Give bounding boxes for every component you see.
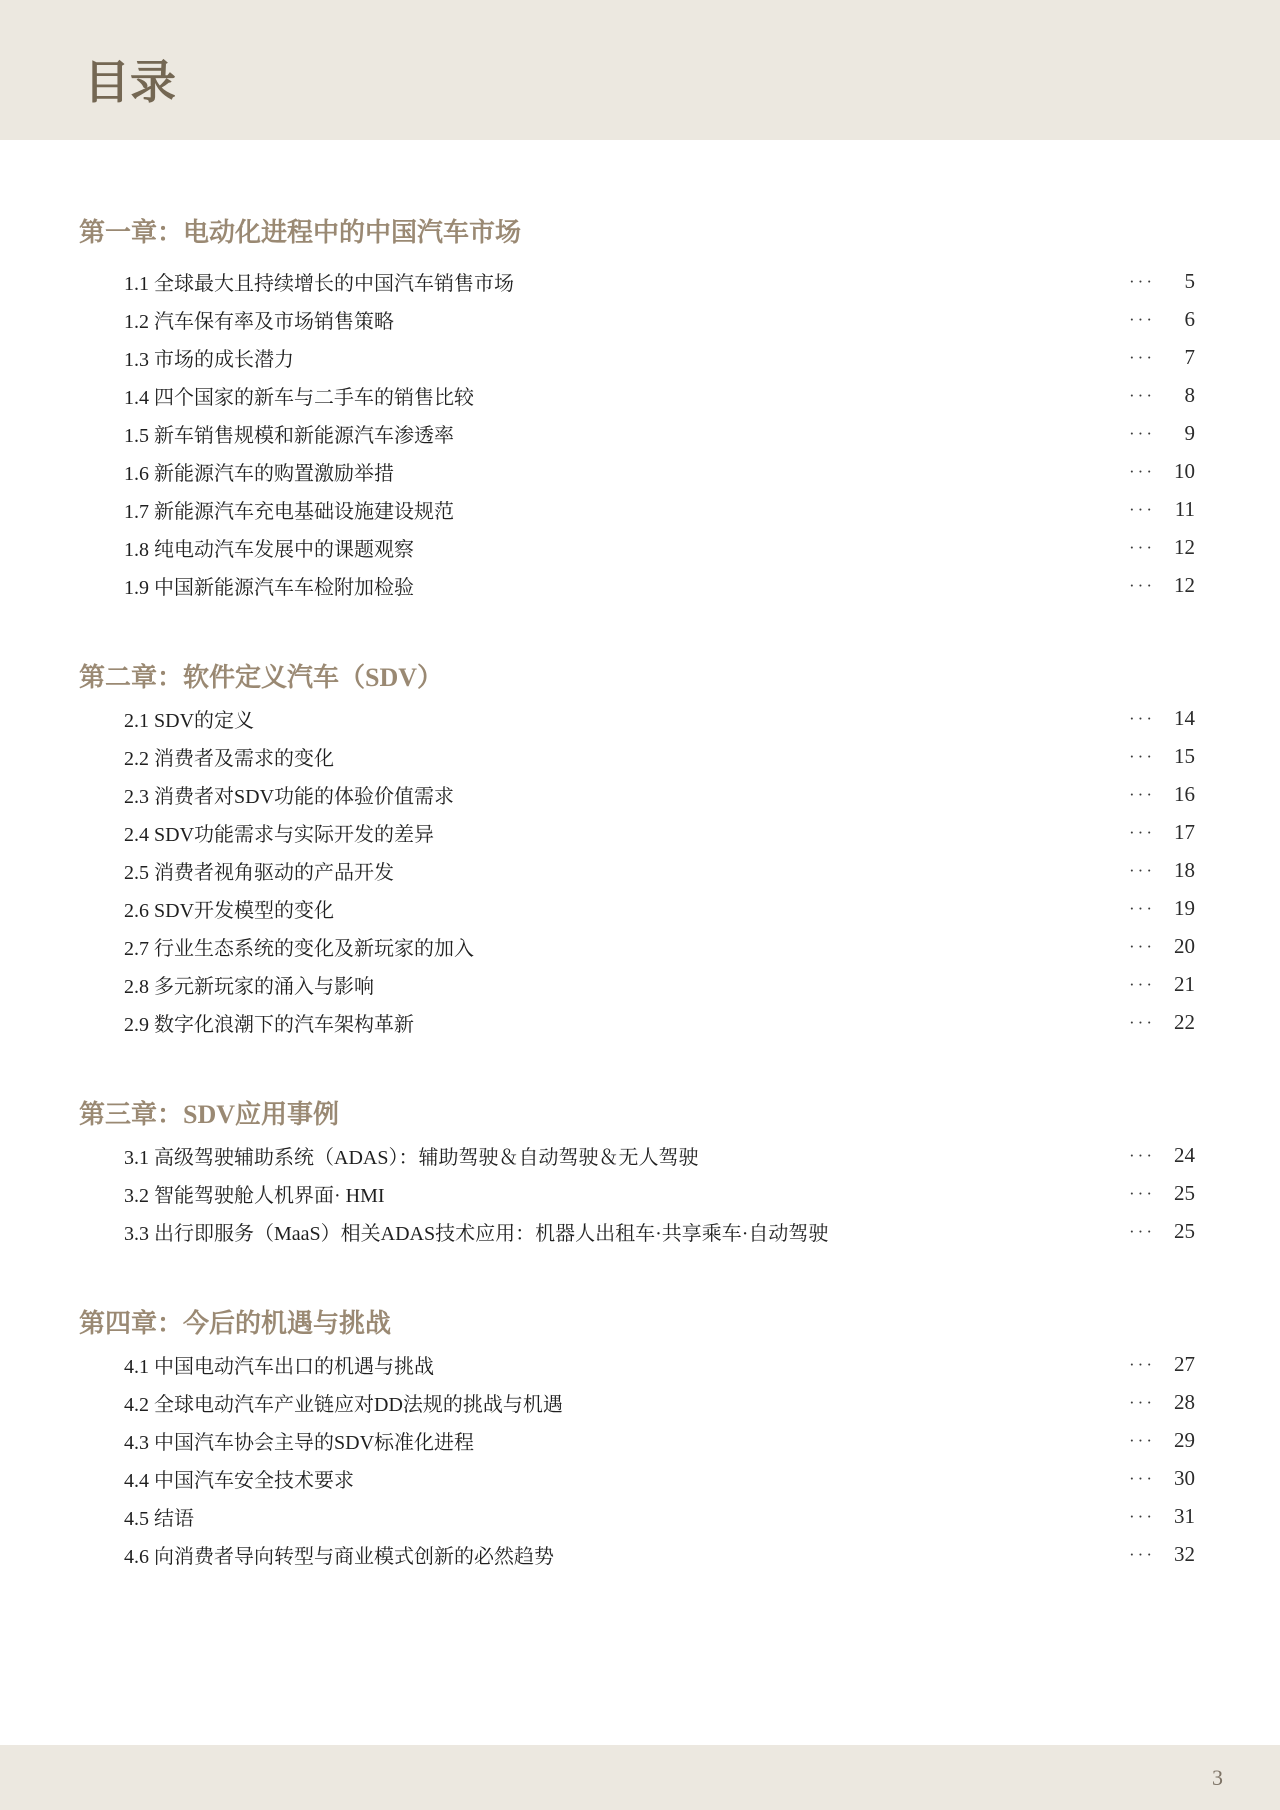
toc-entry-title: 4.6 向消费者导向转型与商业模式创新的必然趋势 bbox=[124, 1540, 554, 1569]
toc-entry-title: 2.4 SDV功能需求与实际开发的差异 bbox=[124, 818, 434, 847]
toc-entry[interactable]: 2.5 消费者视角驱动的产品开发···18 bbox=[79, 851, 1195, 889]
dot-leader: ··· bbox=[1109, 938, 1155, 955]
toc-entry-title: 1.3 市场的成长潜力 bbox=[124, 343, 294, 372]
chapter-heading: 第一章：电动化进程中的中国汽车市场 bbox=[79, 216, 1195, 250]
toc-entry[interactable]: 1.5 新车销售规模和新能源汽车渗透率···9 bbox=[79, 414, 1195, 452]
toc-entry[interactable]: 4.3 中国汽车协会主导的SDV标准化进程···29 bbox=[79, 1421, 1195, 1459]
dot-leader: ··· bbox=[1109, 1356, 1155, 1373]
toc-section: 第三章：SDV应用事例3.1 高级驾驶辅助系统（ADAS）：辅助驾驶＆自动驾驶＆… bbox=[79, 1098, 1195, 1250]
dot-leader: ··· bbox=[1109, 786, 1155, 803]
toc-entry-title: 3.3 出行即服务（MaaS）相关ADAS技术应用：机器人出租车·共享乘车·自动… bbox=[124, 1217, 828, 1246]
toc-entry-page: 32 bbox=[1155, 1542, 1195, 1567]
toc-entry-title: 3.2 智能驾驶舱人机界面· HMI bbox=[124, 1179, 385, 1208]
toc-entry-title: 1.8 纯电动汽车发展中的课题观察 bbox=[124, 533, 414, 562]
toc-list: 4.1 中国电动汽车出口的机遇与挑战···274.2 全球电动汽车产业链应对DD… bbox=[79, 1345, 1195, 1573]
dot-leader: ··· bbox=[1109, 273, 1155, 290]
toc-entry-title: 2.2 消费者及需求的变化 bbox=[124, 742, 334, 771]
dot-leader: ··· bbox=[1109, 1470, 1155, 1487]
toc-entry-page: 14 bbox=[1155, 706, 1195, 731]
dot-leader: ··· bbox=[1109, 577, 1155, 594]
toc-entry-page: 11 bbox=[1155, 497, 1195, 522]
toc-entry[interactable]: 2.8 多元新玩家的涌入与影响···21 bbox=[79, 965, 1195, 1003]
toc-entry-page: 25 bbox=[1155, 1181, 1195, 1206]
toc-entry-page: 16 bbox=[1155, 782, 1195, 807]
toc-entry[interactable]: 2.6 SDV开发模型的变化···19 bbox=[79, 889, 1195, 927]
toc-entry[interactable]: 4.1 中国电动汽车出口的机遇与挑战···27 bbox=[79, 1345, 1195, 1383]
dot-leader: ··· bbox=[1109, 387, 1155, 404]
toc-entry-title: 2.8 多元新玩家的涌入与影响 bbox=[124, 970, 374, 999]
toc-entry[interactable]: 1.9 中国新能源汽车车检附加检验···12 bbox=[79, 566, 1195, 604]
toc-entry-page: 21 bbox=[1155, 972, 1195, 997]
toc-entry[interactable]: 4.6 向消费者导向转型与商业模式创新的必然趋势···32 bbox=[79, 1535, 1195, 1573]
dot-leader: ··· bbox=[1109, 463, 1155, 480]
toc-entry[interactable]: 1.1 全球最大且持续增长的中国汽车销售市场···5 bbox=[79, 262, 1195, 300]
toc-entry-page: 30 bbox=[1155, 1466, 1195, 1491]
toc-entry[interactable]: 2.2 消费者及需求的变化···15 bbox=[79, 737, 1195, 775]
toc-entry-page: 31 bbox=[1155, 1504, 1195, 1529]
toc-entry[interactable]: 2.7 行业生态系统的变化及新玩家的加入···20 bbox=[79, 927, 1195, 965]
dot-leader: ··· bbox=[1109, 976, 1155, 993]
toc-entry-title: 1.6 新能源汽车的购置激励举措 bbox=[124, 457, 394, 486]
toc-entry-page: 20 bbox=[1155, 934, 1195, 959]
dot-leader: ··· bbox=[1109, 349, 1155, 366]
toc-entry-page: 28 bbox=[1155, 1390, 1195, 1415]
toc-entry-page: 17 bbox=[1155, 820, 1195, 845]
footer-band: 3 bbox=[0, 1745, 1280, 1810]
toc-entry-page: 25 bbox=[1155, 1219, 1195, 1244]
toc-entry-title: 3.1 高级驾驶辅助系统（ADAS）：辅助驾驶＆自动驾驶＆无人驾驶 bbox=[124, 1141, 698, 1170]
toc-entry[interactable]: 1.8 纯电动汽车发展中的课题观察···12 bbox=[79, 528, 1195, 566]
toc-entry[interactable]: 2.9 数字化浪潮下的汽车架构革新···22 bbox=[79, 1003, 1195, 1041]
toc-entry[interactable]: 1.2 汽车保有率及市场销售策略···6 bbox=[79, 300, 1195, 338]
toc-entry-page: 27 bbox=[1155, 1352, 1195, 1377]
dot-leader: ··· bbox=[1109, 1432, 1155, 1449]
toc-entry-page: 22 bbox=[1155, 1010, 1195, 1035]
toc-entry[interactable]: 3.1 高级驾驶辅助系统（ADAS）：辅助驾驶＆自动驾驶＆无人驾驶···24 bbox=[79, 1136, 1195, 1174]
toc-section: 第二章：软件定义汽车（SDV）2.1 SDV的定义···142.2 消费者及需求… bbox=[79, 661, 1195, 1041]
toc-entry-page: 5 bbox=[1155, 269, 1195, 294]
toc-entry-page: 8 bbox=[1155, 383, 1195, 408]
toc-entry[interactable]: 2.1 SDV的定义···14 bbox=[79, 699, 1195, 737]
toc-list: 1.1 全球最大且持续增长的中国汽车销售市场···51.2 汽车保有率及市场销售… bbox=[79, 262, 1195, 604]
page-title: 目录 bbox=[0, 0, 1280, 109]
toc-entry-page: 15 bbox=[1155, 744, 1195, 769]
toc-entry[interactable]: 2.4 SDV功能需求与实际开发的差异···17 bbox=[79, 813, 1195, 851]
dot-leader: ··· bbox=[1109, 1394, 1155, 1411]
toc-entry-page: 9 bbox=[1155, 421, 1195, 446]
footer-page-number: 3 bbox=[0, 1745, 1280, 1810]
toc-entry[interactable]: 4.4 中国汽车安全技术要求···30 bbox=[79, 1459, 1195, 1497]
dot-leader: ··· bbox=[1109, 539, 1155, 556]
chapter-heading: 第四章：今后的机遇与挑战 bbox=[79, 1307, 1195, 1341]
toc-entry[interactable]: 2.3 消费者对SDV功能的体验价值需求···16 bbox=[79, 775, 1195, 813]
dot-leader: ··· bbox=[1109, 1508, 1155, 1525]
toc-entry-title: 1.9 中国新能源汽车车检附加检验 bbox=[124, 571, 414, 600]
dot-leader: ··· bbox=[1109, 1147, 1155, 1164]
toc-entry-title: 2.5 消费者视角驱动的产品开发 bbox=[124, 856, 394, 885]
toc-entry-page: 12 bbox=[1155, 535, 1195, 560]
toc-entry-page: 6 bbox=[1155, 307, 1195, 332]
dot-leader: ··· bbox=[1109, 311, 1155, 328]
toc-entry-page: 10 bbox=[1155, 459, 1195, 484]
toc-entry-title: 4.2 全球电动汽车产业链应对DD法规的挑战与机遇 bbox=[124, 1388, 563, 1417]
dot-leader: ··· bbox=[1109, 1185, 1155, 1202]
chapter-heading: 第三章：SDV应用事例 bbox=[79, 1098, 1195, 1132]
dot-leader: ··· bbox=[1109, 748, 1155, 765]
toc-entry-title: 2.6 SDV开发模型的变化 bbox=[124, 894, 334, 923]
toc-entry-title: 4.4 中国汽车安全技术要求 bbox=[124, 1464, 354, 1493]
dot-leader: ··· bbox=[1109, 1014, 1155, 1031]
header-band: 目录 bbox=[0, 0, 1280, 140]
dot-leader: ··· bbox=[1109, 501, 1155, 518]
dot-leader: ··· bbox=[1109, 425, 1155, 442]
toc-entry-page: 12 bbox=[1155, 573, 1195, 598]
toc-entry-page: 24 bbox=[1155, 1143, 1195, 1168]
toc-section: 第一章：电动化进程中的中国汽车市场1.1 全球最大且持续增长的中国汽车销售市场·… bbox=[79, 216, 1195, 604]
dot-leader: ··· bbox=[1109, 1223, 1155, 1240]
toc-entry[interactable]: 4.2 全球电动汽车产业链应对DD法规的挑战与机遇···28 bbox=[79, 1383, 1195, 1421]
toc-entry-title: 1.7 新能源汽车充电基础设施建设规范 bbox=[124, 495, 454, 524]
toc-entry[interactable]: 1.6 新能源汽车的购置激励举措···10 bbox=[79, 452, 1195, 490]
toc-entry[interactable]: 4.5 结语···31 bbox=[79, 1497, 1195, 1535]
toc-entry-title: 2.1 SDV的定义 bbox=[124, 704, 254, 733]
toc-entry-page: 18 bbox=[1155, 858, 1195, 883]
dot-leader: ··· bbox=[1109, 710, 1155, 727]
dot-leader: ··· bbox=[1109, 900, 1155, 917]
toc-entry-title: 1.2 汽车保有率及市场销售策略 bbox=[124, 305, 394, 334]
toc-list: 2.1 SDV的定义···142.2 消费者及需求的变化···152.3 消费者… bbox=[79, 699, 1195, 1041]
toc-entry-title: 2.7 行业生态系统的变化及新玩家的加入 bbox=[124, 932, 474, 961]
toc-section: 第四章：今后的机遇与挑战4.1 中国电动汽车出口的机遇与挑战···274.2 全… bbox=[79, 1307, 1195, 1573]
toc-entry[interactable]: 3.2 智能驾驶舱人机界面· HMI···25 bbox=[79, 1174, 1195, 1212]
toc-entry-title: 1.5 新车销售规模和新能源汽车渗透率 bbox=[124, 419, 454, 448]
toc-entry-title: 2.9 数字化浪潮下的汽车架构革新 bbox=[124, 1008, 414, 1037]
chapter-heading: 第二章：软件定义汽车（SDV） bbox=[79, 661, 1195, 695]
dot-leader: ··· bbox=[1109, 862, 1155, 879]
toc-entry-title: 4.5 结语 bbox=[124, 1502, 194, 1531]
toc-entry-page: 29 bbox=[1155, 1428, 1195, 1453]
dot-leader: ··· bbox=[1109, 1546, 1155, 1563]
toc-list: 3.1 高级驾驶辅助系统（ADAS）：辅助驾驶＆自动驾驶＆无人驾驶···243.… bbox=[79, 1136, 1195, 1250]
toc-entry-title: 4.1 中国电动汽车出口的机遇与挑战 bbox=[124, 1350, 434, 1379]
toc-entry[interactable]: 3.3 出行即服务（MaaS）相关ADAS技术应用：机器人出租车·共享乘车·自动… bbox=[79, 1212, 1195, 1250]
toc-entry[interactable]: 1.4 四个国家的新车与二手车的销售比较···8 bbox=[79, 376, 1195, 414]
dot-leader: ··· bbox=[1109, 824, 1155, 841]
toc-entry-title: 1.4 四个国家的新车与二手车的销售比较 bbox=[124, 381, 474, 410]
table-of-contents: 第一章：电动化进程中的中国汽车市场1.1 全球最大且持续增长的中国汽车销售市场·… bbox=[0, 216, 1280, 1573]
toc-entry-title: 4.3 中国汽车协会主导的SDV标准化进程 bbox=[124, 1426, 474, 1455]
toc-entry-title: 2.3 消费者对SDV功能的体验价值需求 bbox=[124, 780, 454, 809]
toc-entry-page: 19 bbox=[1155, 896, 1195, 921]
toc-entry-page: 7 bbox=[1155, 345, 1195, 370]
toc-entry[interactable]: 1.7 新能源汽车充电基础设施建设规范···11 bbox=[79, 490, 1195, 528]
toc-entry-title: 1.1 全球最大且持续增长的中国汽车销售市场 bbox=[124, 267, 514, 296]
toc-entry[interactable]: 1.3 市场的成长潜力···7 bbox=[79, 338, 1195, 376]
